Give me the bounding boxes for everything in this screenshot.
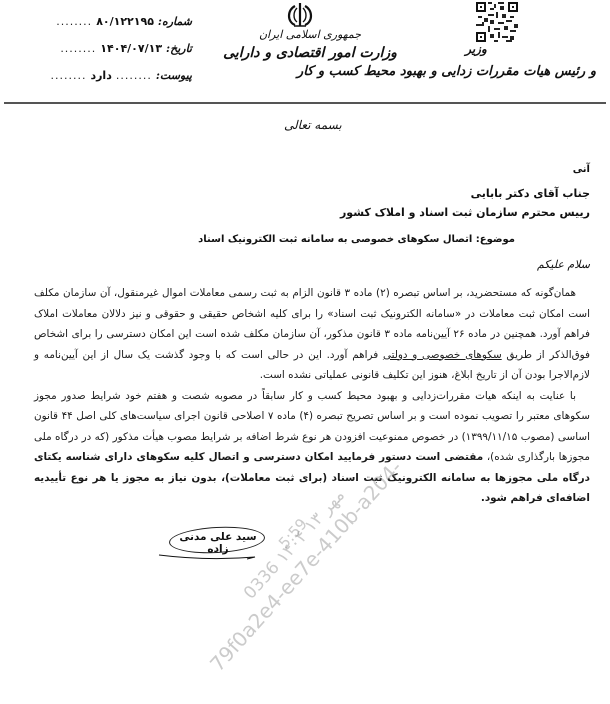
body-paragraph-1: همان‌گونه که مستحضرید، بر اساس تبصره (۲)… (34, 283, 590, 386)
signatory-name: سید علی مدنی زاده (173, 531, 263, 555)
date-value: ۱۴۰۴/۰۷/۱۳ (100, 35, 162, 62)
basmala: بسمه تعالی (284, 118, 342, 132)
letter-body: همان‌گونه که مستحضرید، بر اساس تبصره (۲)… (34, 283, 590, 509)
dots: ........ (50, 62, 86, 89)
attachment-value: دارد (90, 62, 111, 89)
dots: ........ (60, 35, 96, 62)
sender-subtitle: و رئیس هیات مقررات زدایی و بهبود محیط کس… (296, 64, 596, 79)
dots: ........ (116, 62, 152, 89)
letter-number-row: شماره: ۸۰/۱۲۲۱۹۵ ........ (22, 8, 192, 35)
body-paragraph-2: با عنایت به اینکه هیات مقررات‌زدایی و به… (34, 386, 590, 509)
country-name: جمهوری اسلامی ایران (205, 28, 415, 41)
qr-code-icon (476, 2, 518, 42)
signature-stroke-icon (157, 553, 257, 561)
number-value: ۸۰/۱۲۲۱۹۵ (96, 8, 154, 35)
letter-attachment-row: پیوست: ........ دارد ........ (22, 62, 192, 89)
underlined-phrase: سکوهای خصوصی و دولتی (383, 349, 502, 361)
addressee-name: جناب آقای دکتر بابایی (340, 184, 590, 203)
date-label: تاریخ: (166, 35, 192, 62)
sender-title: وزیر (356, 42, 596, 56)
addressee: جناب آقای دکتر بابایی رییس محترم سازمان … (340, 184, 590, 222)
letter-date-row: تاریخ: ۱۴۰۴/۰۷/۱۳ ........ (22, 35, 192, 62)
sender-heading: وزیر و رئیس هیات مقررات زدایی و بهبود مح… (296, 42, 596, 79)
attachment-label: پیوست: (156, 62, 192, 89)
iran-emblem-icon (283, 2, 317, 28)
addressee-title: رییس محترم سازمان ثبت اسناد و املاک کشور (340, 203, 590, 222)
greeting: سلام علیکم (537, 258, 590, 271)
signature-block: سید علی مدنی زاده (155, 525, 265, 565)
dots: ........ (56, 8, 92, 35)
number-label: شماره: (158, 8, 192, 35)
official-letter: شماره: ۸۰/۱۲۲۱۹۵ ........ تاریخ: ۱۴۰۴/۰۷… (0, 0, 610, 704)
letter-subject: موضوع: اتصال سکوهای خصوصی به سامانه ثبت … (198, 234, 515, 245)
header-divider (4, 102, 606, 104)
letter-meta: شماره: ۸۰/۱۲۲۱۹۵ ........ تاریخ: ۱۴۰۴/۰۷… (22, 8, 192, 89)
urgency-label: آنی (573, 164, 590, 175)
